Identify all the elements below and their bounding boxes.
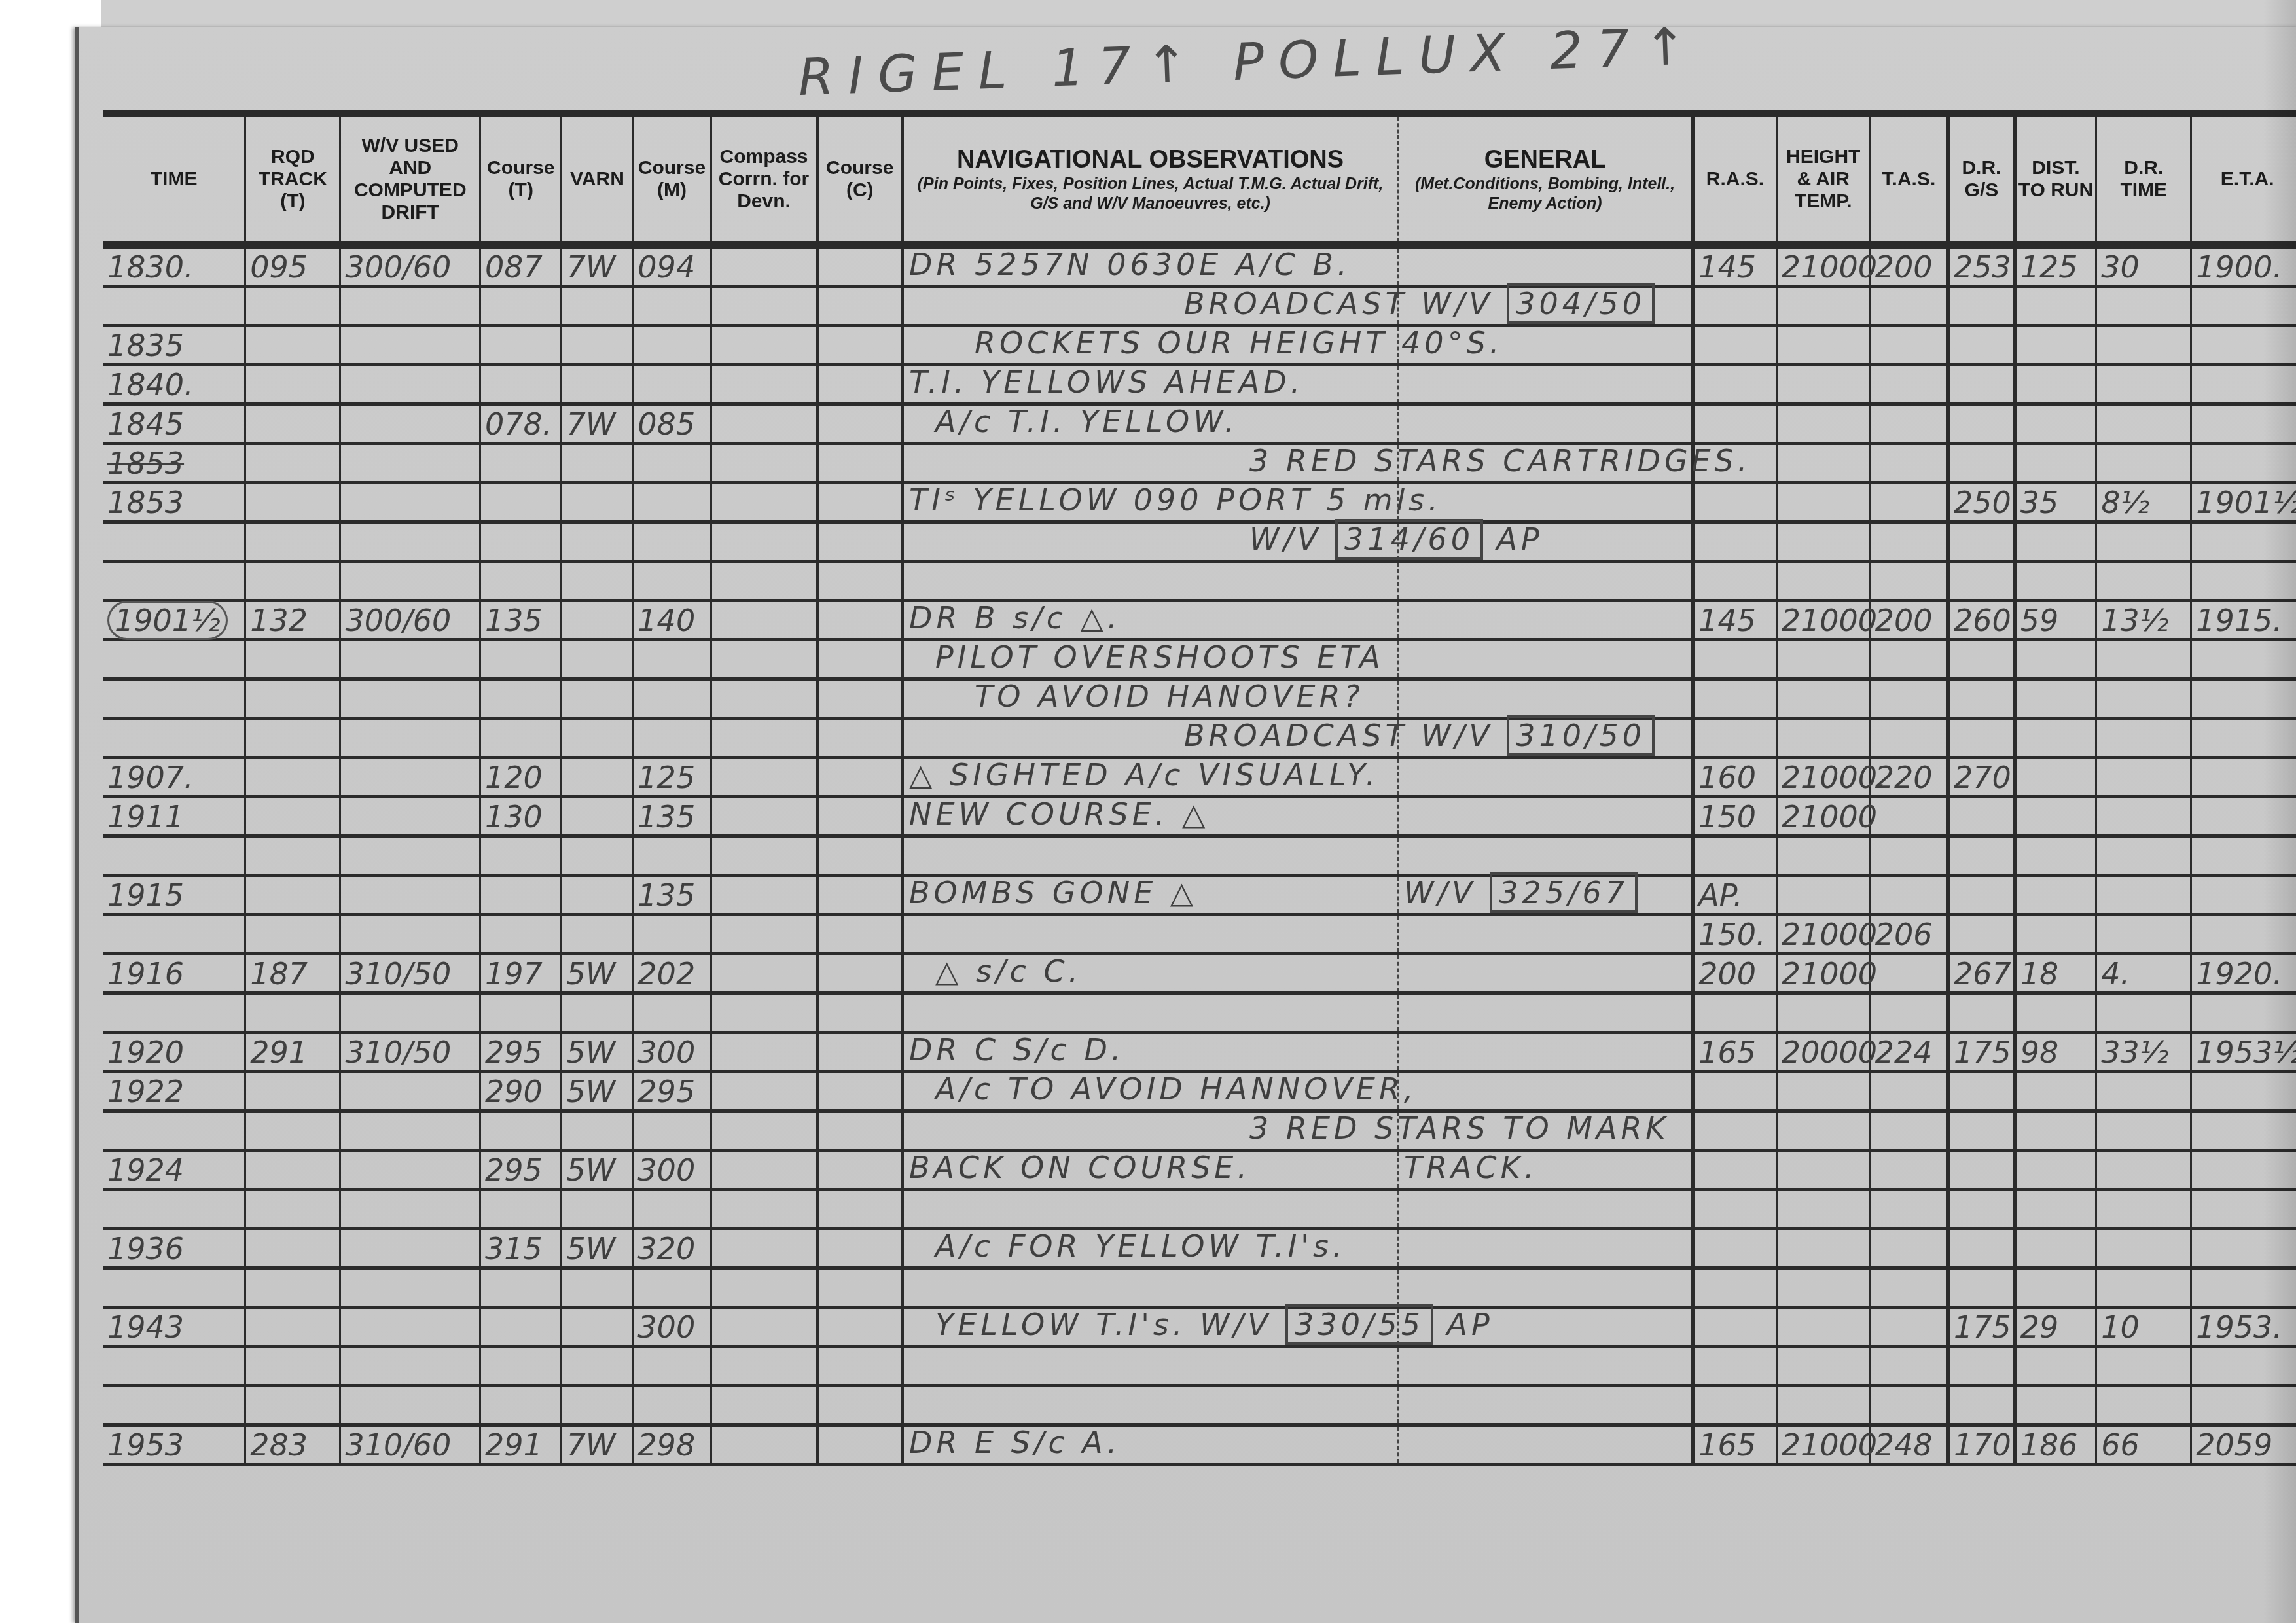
cell-tas	[1870, 797, 1948, 836]
cell-rqd-track	[245, 1308, 340, 1347]
cell-course-c	[817, 522, 903, 562]
cell-height-temp: 21000.	[1776, 758, 1870, 797]
cell-dr-gs	[1948, 719, 2015, 758]
cell-dr-time	[2096, 562, 2191, 601]
log-entry-row: 1835ROCKETS OUR HEIGHT 40°S.	[103, 326, 2296, 365]
cell-time: 1853	[103, 444, 245, 483]
cell-dist-to-run	[2015, 365, 2096, 404]
cell-ras	[1693, 365, 1777, 404]
cell-dr-gs: 175	[1948, 1308, 2015, 1347]
cell-nav-obs	[903, 915, 1398, 954]
cell-time: 1936	[103, 1229, 245, 1268]
cell-course-m	[633, 287, 711, 326]
log-entry-row: 19363155W320A/c FOR YELLOW T.I's.	[103, 1229, 2296, 1268]
cell-varn	[562, 1111, 633, 1150]
cell-course-m: 300	[633, 1308, 711, 1347]
dr-gs-value: 250	[1954, 485, 2011, 520]
cell-height-temp	[1776, 1386, 1870, 1425]
cell-tas	[1870, 404, 1948, 444]
cell-general	[1398, 758, 1693, 797]
course-m-value: 135	[637, 878, 695, 913]
cell-rqd-track	[245, 404, 340, 444]
cell-course-t: 120	[480, 758, 562, 797]
height-temp-value: 21000	[1782, 249, 1877, 285]
cell-dist-to-run	[2015, 993, 2096, 1033]
observation-text: BACK ON COURSE.	[909, 1150, 1251, 1185]
cell-course-t	[480, 876, 562, 915]
wv-drift-value: 310/50	[345, 956, 451, 991]
log-entry-row: 19242955W300BACK ON COURSE.TRACK.	[103, 1150, 2296, 1190]
cell-ras	[1693, 1229, 1777, 1268]
cell-ras	[1693, 679, 1777, 719]
cell-compass-corrn	[711, 1033, 817, 1072]
cell-dr-time	[2096, 758, 2191, 797]
cell-dr-time	[2096, 1268, 2191, 1308]
cell-rqd-track: 187	[245, 954, 340, 993]
cell-ras	[1693, 1386, 1777, 1425]
cell-course-c	[817, 1072, 903, 1111]
cell-course-m	[633, 640, 711, 679]
cell-dist-to-run	[2015, 1150, 2096, 1190]
cell-general	[1398, 993, 1693, 1033]
cell-dist-to-run	[2015, 562, 2096, 601]
cell-time: 1924	[103, 1150, 245, 1190]
cell-wv-drift	[340, 365, 480, 404]
log-entry-row: TO AVOID HANOVER?	[103, 679, 2296, 719]
cell-dr-time: 30	[2096, 245, 2191, 287]
cell-varn: 5W	[562, 954, 633, 993]
dist-to-run-value: 125	[2020, 249, 2078, 285]
cell-ras: AP.	[1693, 876, 1777, 915]
cell-general	[1398, 483, 1693, 522]
observation-text: A/c TO AVOID HANNOVER,	[909, 1071, 1417, 1107]
cell-course-c	[817, 1033, 903, 1072]
cell-varn	[562, 287, 633, 326]
cell-nav-obs: TO AVOID HANOVER?	[903, 679, 1398, 719]
observation-text: NEW COURSE. △	[909, 796, 1209, 832]
column-header-label: Course (C)	[826, 157, 893, 201]
cell-general: W/V 325/67	[1398, 876, 1693, 915]
cell-course-m	[633, 915, 711, 954]
column-header-sublabel: (Met.Conditions, Bombing, Intell., Enemy…	[1400, 174, 1690, 213]
cell-dr-time	[2096, 1190, 2191, 1229]
cell-wv-drift: 300/60	[340, 601, 480, 640]
cell-rqd-track	[245, 365, 340, 404]
varn-value: 7W	[566, 249, 615, 285]
time-value: 1840.	[107, 367, 194, 402]
log-entry-row: 1853TIˢ YELLOW 090 PORT 5 mls.250358½190…	[103, 483, 2296, 522]
cell-dr-gs	[1948, 876, 2015, 915]
column-header-dr-gs: D.R. G/S	[1948, 114, 2015, 245]
cell-tas	[1870, 287, 1948, 326]
time-value: 1920	[107, 1035, 184, 1070]
cell-nav-obs: NEW COURSE. △	[903, 797, 1398, 836]
cell-wv-drift	[340, 483, 480, 522]
cell-nav-obs: BACK ON COURSE.	[903, 1150, 1398, 1190]
cell-compass-corrn	[711, 1308, 817, 1347]
cell-time: 1840.	[103, 365, 245, 404]
cell-varn: 7W	[562, 245, 633, 287]
cell-dr-gs	[1948, 836, 2015, 876]
cell-dist-to-run	[2015, 719, 2096, 758]
course-m-value: 094	[637, 249, 695, 285]
cell-nav-obs: YELLOW T.I's. W/V 330/55 AP	[903, 1308, 1398, 1347]
cell-dist-to-run	[2015, 1190, 2096, 1229]
rqd-track-value: 132	[250, 603, 308, 638]
cell-dist-to-run	[2015, 326, 2096, 365]
cell-rqd-track	[245, 993, 340, 1033]
cell-compass-corrn	[711, 326, 817, 365]
column-header-general: GENERAL(Met.Conditions, Bombing, Intell.…	[1398, 114, 1693, 245]
log-entry-row: 150.21000206	[103, 915, 2296, 954]
column-header-label: T.A.S.	[1882, 168, 1936, 190]
cell-dr-time	[2096, 679, 2191, 719]
cell-dr-gs	[1948, 640, 2015, 679]
header-row: TIMERQD TRACK (T)W/V USED AND COMPUTED D…	[103, 114, 2296, 245]
cell-height-temp	[1776, 1229, 1870, 1268]
cell-tas: 200	[1870, 245, 1948, 287]
cell-course-m: 140	[633, 601, 711, 640]
column-header-label: R.A.S.	[1706, 168, 1764, 190]
cell-tas	[1870, 1386, 1948, 1425]
cell-dr-gs	[1948, 287, 2015, 326]
course-t-value: 295	[485, 1152, 543, 1188]
cell-height-temp: 21000	[1776, 797, 1870, 836]
cell-time: 1830.	[103, 245, 245, 287]
cell-time	[103, 1386, 245, 1425]
cell-wv-drift	[340, 719, 480, 758]
course-t-value: 087	[485, 249, 543, 285]
cell-time: 1911	[103, 797, 245, 836]
cell-dr-gs	[1948, 1347, 2015, 1386]
cell-time: 1835	[103, 326, 245, 365]
cell-compass-corrn	[711, 601, 817, 640]
cell-height-temp	[1776, 836, 1870, 876]
height-temp-value: 21000	[1782, 956, 1877, 991]
cell-dr-gs	[1948, 679, 2015, 719]
cell-dr-gs	[1948, 444, 2015, 483]
cell-wv-drift: 310/60	[340, 1425, 480, 1465]
cell-course-t	[480, 719, 562, 758]
cell-dr-gs	[1948, 1072, 2015, 1111]
cell-course-c	[817, 287, 903, 326]
cell-nav-obs: T.I. YELLOWS AHEAD.	[903, 365, 1398, 404]
cell-height-temp: 21000	[1776, 1425, 1870, 1465]
cell-rqd-track	[245, 1190, 340, 1229]
cell-nav-obs	[903, 1268, 1398, 1308]
observation-text: △ SIGHTED A/c VISUALLY.	[909, 757, 1379, 793]
cell-tas	[1870, 1150, 1948, 1190]
cell-general	[1398, 444, 1693, 483]
cell-wv-drift	[340, 1308, 480, 1347]
ras-value: 160	[1698, 760, 1756, 795]
cell-dr-time	[2096, 404, 2191, 444]
cell-dist-to-run	[2015, 1347, 2096, 1386]
log-entry-row: 1830.095300/600877W094DR 5257N 0630E A/C…	[103, 245, 2296, 287]
log-entry-row: 1920291310/502955W300DR C S/c D.16520000…	[103, 1033, 2296, 1072]
cell-course-t	[480, 1386, 562, 1425]
cell-compass-corrn	[711, 287, 817, 326]
cell-tas: 248	[1870, 1425, 1948, 1465]
cell-height-temp: 21000	[1776, 245, 1870, 287]
cell-compass-corrn	[711, 365, 817, 404]
course-t-value: 135	[485, 603, 543, 638]
cell-course-c	[817, 915, 903, 954]
cell-course-m: 298	[633, 1425, 711, 1465]
cell-rqd-track	[245, 915, 340, 954]
cell-dr-gs	[1948, 326, 2015, 365]
cell-dist-to-run	[2015, 1111, 2096, 1150]
cell-time: 1920	[103, 1033, 245, 1072]
cell-time: 1853	[103, 483, 245, 522]
cell-time	[103, 836, 245, 876]
cell-varn	[562, 993, 633, 1033]
dr-time-value: 4.	[2101, 956, 2130, 991]
page-edge-shadow	[2263, 0, 2296, 1623]
cell-compass-corrn	[711, 1190, 817, 1229]
cell-nav-obs: A/c FOR YELLOW T.I's.	[903, 1229, 1398, 1268]
cell-dist-to-run	[2015, 679, 2096, 719]
cell-dist-to-run	[2015, 915, 2096, 954]
tas-value: 220	[1875, 760, 1933, 795]
cell-tas	[1870, 483, 1948, 522]
cell-course-t	[480, 836, 562, 876]
tas-value: 224	[1875, 1035, 1933, 1070]
cell-varn	[562, 483, 633, 522]
cell-course-t	[480, 444, 562, 483]
cell-rqd-track	[245, 758, 340, 797]
cell-rqd-track	[245, 640, 340, 679]
course-t-value: 315	[485, 1231, 543, 1266]
cell-compass-corrn	[711, 679, 817, 719]
cell-course-t	[480, 522, 562, 562]
dr-time-value: 30	[2101, 249, 2140, 285]
cell-wv-drift: 310/50	[340, 1033, 480, 1072]
time-value: 1916	[107, 956, 184, 991]
cell-course-c	[817, 836, 903, 876]
cell-course-t	[480, 915, 562, 954]
cell-height-temp: 21000	[1776, 601, 1870, 640]
ras-value: 145	[1698, 249, 1756, 285]
cell-course-c	[817, 1190, 903, 1229]
cell-dr-gs	[1948, 993, 2015, 1033]
cell-dr-time: 10	[2096, 1308, 2191, 1347]
varn-value: 5W	[566, 1231, 615, 1266]
cell-varn	[562, 719, 633, 758]
observation-text: PILOT OVERSHOOTS ETA	[909, 639, 1384, 675]
cell-general	[1398, 1033, 1693, 1072]
cell-time: 1901½	[103, 601, 245, 640]
varn-value: 7W	[566, 406, 615, 442]
cell-time: 1922	[103, 1072, 245, 1111]
cell-tas	[1870, 444, 1948, 483]
column-header-label: TIME	[151, 168, 198, 190]
dist-to-run-value: 186	[2020, 1427, 2078, 1463]
course-t-value: 078.	[485, 406, 552, 442]
cell-varn: 5W	[562, 1229, 633, 1268]
cell-general	[1398, 1308, 1693, 1347]
cell-course-m	[633, 1268, 711, 1308]
dr-gs-value: 270	[1954, 760, 2011, 795]
cell-tas: 220	[1870, 758, 1948, 797]
cell-rqd-track	[245, 287, 340, 326]
cell-tas	[1870, 993, 1948, 1033]
varn-value: 5W	[566, 1035, 615, 1070]
cell-varn	[562, 758, 633, 797]
cell-varn	[562, 522, 633, 562]
cell-wv-drift	[340, 679, 480, 719]
course-m-value: 085	[637, 406, 695, 442]
column-header-dr-time: D.R. TIME	[2096, 114, 2191, 245]
column-header-nav-obs: NAVIGATIONAL OBSERVATIONS(Pin Points, Fi…	[903, 114, 1398, 245]
cell-ras	[1693, 1268, 1777, 1308]
cell-course-m: 295	[633, 1072, 711, 1111]
tas-value: 200	[1875, 603, 1933, 638]
cell-dr-gs	[1948, 562, 2015, 601]
log-entry-row: 1845078.7W085A/c T.I. YELLOW.	[103, 404, 2296, 444]
cell-time: 1845	[103, 404, 245, 444]
cell-course-c	[817, 640, 903, 679]
cell-tas: 200	[1870, 601, 1948, 640]
cell-ras: 165	[1693, 1033, 1777, 1072]
cell-time	[103, 522, 245, 562]
observation-text: DR C S/c D.	[909, 1032, 1124, 1067]
cell-varn	[562, 562, 633, 601]
cell-general	[1398, 954, 1693, 993]
column-header-label: GENERAL	[1400, 145, 1690, 174]
cell-course-c	[817, 758, 903, 797]
cell-nav-obs: BROADCAST W/V 304/50	[903, 287, 1398, 326]
cell-varn: 7W	[562, 404, 633, 444]
cell-height-temp	[1776, 1190, 1870, 1229]
cell-time	[103, 679, 245, 719]
column-header-varn: VARN	[562, 114, 633, 245]
cell-dist-to-run	[2015, 522, 2096, 562]
cell-varn: 7W	[562, 1425, 633, 1465]
cell-tas	[1870, 1111, 1948, 1150]
cell-dist-to-run	[2015, 758, 2096, 797]
column-header-label: W/V USED AND COMPUTED DRIFT	[354, 135, 467, 223]
cell-wv-drift	[340, 640, 480, 679]
cell-course-c	[817, 1229, 903, 1268]
ras-value: 165	[1698, 1427, 1756, 1463]
observation-text: A/c T.I. YELLOW.	[909, 404, 1238, 439]
cell-height-temp	[1776, 287, 1870, 326]
cell-course-t	[480, 640, 562, 679]
time-value: 1901½	[107, 601, 228, 640]
cell-dist-to-run	[2015, 797, 2096, 836]
cell-dr-time	[2096, 1111, 2191, 1150]
cell-nav-obs: DR C S/c D.	[903, 1033, 1398, 1072]
cell-tas	[1870, 326, 1948, 365]
general-note-text: TRACK.	[1404, 1150, 1537, 1185]
cell-course-c	[817, 245, 903, 287]
cell-wv-drift	[340, 1386, 480, 1425]
ras-value: 145	[1698, 603, 1756, 638]
dr-gs-value: 175	[1954, 1035, 2011, 1070]
cell-nav-obs: 3 RED STARS CARTRIDGES.	[903, 444, 1398, 483]
height-temp-value: 21000	[1782, 603, 1877, 638]
dr-time-value: 10	[2101, 1310, 2140, 1345]
cell-wv-drift	[340, 836, 480, 876]
cell-wv-drift	[340, 287, 480, 326]
cell-height-temp	[1776, 1150, 1870, 1190]
cell-tas	[1870, 876, 1948, 915]
cell-time: 1916	[103, 954, 245, 993]
column-header-label: D.R. G/S	[1962, 157, 2001, 201]
cell-ras	[1693, 993, 1777, 1033]
observation-text: BOMBS GONE △	[909, 875, 1197, 910]
time-value: 1907.	[107, 760, 194, 795]
cell-time	[103, 993, 245, 1033]
column-header-label: HEIGHT & AIR TEMP.	[1786, 146, 1860, 212]
cell-tas	[1870, 1347, 1948, 1386]
navigation-log-table: TIMERQD TRACK (T)W/V USED AND COMPUTED D…	[103, 110, 2296, 1466]
cell-general	[1398, 1386, 1693, 1425]
cell-course-m: 300	[633, 1150, 711, 1190]
cell-general	[1398, 679, 1693, 719]
cell-course-m	[633, 444, 711, 483]
cell-course-c	[817, 1425, 903, 1465]
cell-course-m	[633, 1386, 711, 1425]
column-header-label: D.R. TIME	[2120, 157, 2167, 201]
time-value: 1936	[107, 1231, 184, 1266]
cell-tas	[1870, 679, 1948, 719]
cell-dr-time	[2096, 1229, 2191, 1268]
cell-course-t	[480, 993, 562, 1033]
cell-compass-corrn	[711, 1386, 817, 1425]
log-entry-row: 1901½132300/60135140DR B s/c △.145210002…	[103, 601, 2296, 640]
cell-rqd-track	[245, 719, 340, 758]
cell-wv-drift	[340, 444, 480, 483]
cell-dr-time	[2096, 915, 2191, 954]
cell-varn: 5W	[562, 1033, 633, 1072]
rqd-track-value: 283	[250, 1427, 308, 1463]
cell-nav-obs: DR B s/c △.	[903, 601, 1398, 640]
cell-time	[103, 1190, 245, 1229]
dr-time-value: 33½	[2101, 1035, 2168, 1070]
cell-nav-obs: △ s/c C.	[903, 954, 1398, 993]
cell-compass-corrn	[711, 876, 817, 915]
log-entry-row: 19222905W295A/c TO AVOID HANNOVER,	[103, 1072, 2296, 1111]
cell-course-c	[817, 444, 903, 483]
cell-height-temp	[1776, 522, 1870, 562]
cell-course-t	[480, 562, 562, 601]
cell-dist-to-run: 59	[2015, 601, 2096, 640]
cell-course-t	[480, 287, 562, 326]
observation-text: T.I. YELLOWS AHEAD.	[909, 365, 1304, 400]
observation-text: TIˢ YELLOW 090 PORT 5 mls.	[909, 482, 1442, 518]
cell-dist-to-run	[2015, 1268, 2096, 1308]
cell-height-temp	[1776, 679, 1870, 719]
time-value: 1835	[107, 328, 184, 363]
cell-dist-to-run	[2015, 1386, 2096, 1425]
cell-compass-corrn	[711, 1268, 817, 1308]
cell-dr-time	[2096, 1347, 2191, 1386]
cell-rqd-track	[245, 1268, 340, 1308]
column-header-dist-to-run: DIST. TO RUN	[2015, 114, 2096, 245]
time-value: 1953	[107, 1427, 184, 1463]
observation-text: DR B s/c △.	[909, 600, 1121, 635]
column-header-label: NAVIGATIONAL OBSERVATIONS	[905, 145, 1395, 174]
cell-course-t	[480, 1308, 562, 1347]
cell-dist-to-run	[2015, 876, 2096, 915]
cell-dist-to-run: 125	[2015, 245, 2096, 287]
cell-dist-to-run	[2015, 404, 2096, 444]
log-entry-row	[103, 836, 2296, 876]
cell-time	[103, 640, 245, 679]
observation-text: TO AVOID HANOVER?	[909, 679, 1364, 714]
